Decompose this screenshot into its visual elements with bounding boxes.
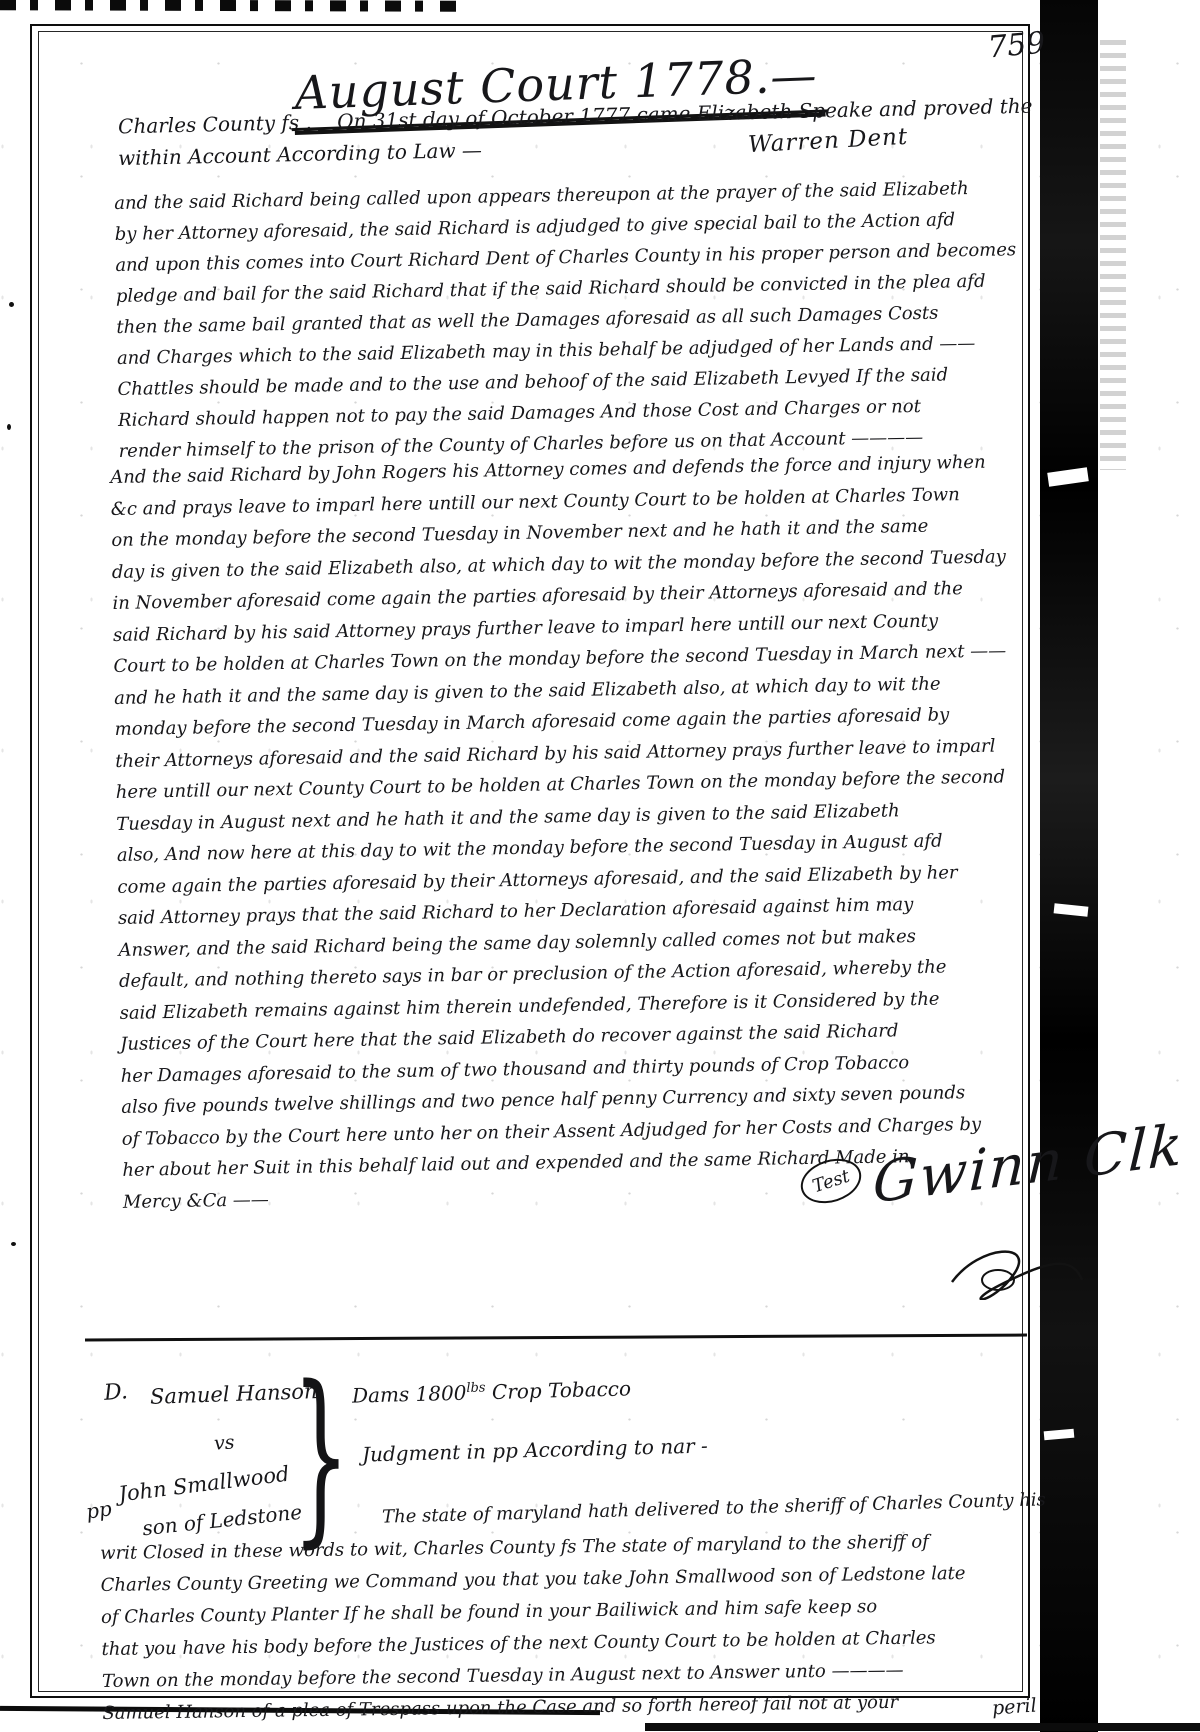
scan-binding-band xyxy=(1040,0,1098,1732)
binding-notch xyxy=(1047,467,1089,486)
attest-label: Test xyxy=(810,1165,852,1197)
case-caption-brace: } xyxy=(292,1352,350,1558)
writ-body-paragraph: writ Closed in these words to wit, Charl… xyxy=(100,1526,968,1730)
scan-right-streak xyxy=(1100,40,1126,470)
case-attorney-mark: pp xyxy=(84,1496,113,1523)
scan-speck xyxy=(11,1242,16,1246)
scan-bottom-edge xyxy=(645,1723,1200,1731)
binding-notch xyxy=(1054,903,1089,916)
court-record-paragraph-1: and the said Richard being called upon a… xyxy=(114,172,1020,467)
scan-top-edge-marks xyxy=(0,0,460,12)
writ-end-word: peril xyxy=(991,1694,1037,1719)
court-record-paragraph-2: And the said Richard by John Rogers his … xyxy=(110,446,1017,1217)
binding-notch xyxy=(1044,1429,1075,1441)
scan-speck xyxy=(7,424,11,430)
damages-amount: Dams 1800 xyxy=(352,1381,467,1408)
case-margin-mark: D. xyxy=(103,1379,129,1406)
damages-kind: Crop Tobacco xyxy=(485,1376,631,1404)
scan-speck xyxy=(9,302,14,307)
signature-flourish xyxy=(940,1240,1090,1300)
case-versus-label: vs xyxy=(213,1431,235,1454)
damages-unit: lbs xyxy=(466,1381,486,1396)
page-number: 759 xyxy=(987,26,1047,66)
